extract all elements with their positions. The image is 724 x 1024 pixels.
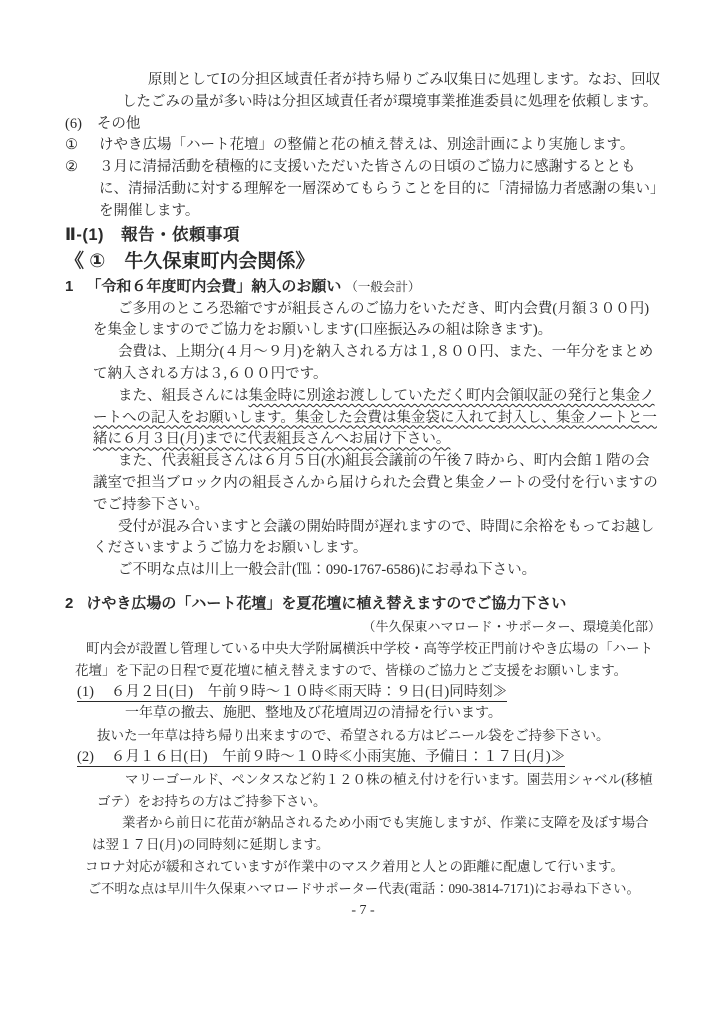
fee-intro-paragraph: ご多用のところ恐縮ですが組長さんのご協力をいただき、町内会費(月額３００円)を集… [93, 299, 661, 343]
covid-note: コロナ対応が緩和されていますが作業中のマスク着用と人との距離に配慮して行います。 [85, 856, 661, 878]
sub-item-1: ① けやき広場「ハート花壇」の整備と花の植え替えは、別途計画により実施します。 [65, 135, 661, 157]
sub-item-1-text: けやき広場「ハート花壇」の整備と花の植え替えは、別途計画により実施します。 [99, 135, 661, 157]
carryover-paragraph: 原則としてⅠの分担区域責任者が持ち帰りごみ収集日に処理します。なお、回収したごみ… [122, 70, 661, 114]
section-heading: Ⅱ-(1) 報告・依頼事項 [65, 223, 661, 248]
schedule-2-datetime: ６月１６日(日) 午前９時～１０時≪小雨実施、予備日：１７日(月)≫ [111, 749, 565, 765]
item-1-note: （一般会計） [345, 280, 420, 294]
collection-instructions-paragraph: また、組長さんには集金時に別途お渡ししていただく町内会領収証の発行と集金ノートへ… [93, 386, 661, 451]
list-item-6: (6)その他 [65, 114, 661, 136]
schedule-1-datetime: ６月２日(日) 午前９時～１０時≪雨天時：９日(日)同時刻≫ [111, 684, 507, 700]
schedule-2-label: (2) [77, 749, 94, 765]
replant-intro-paragraph: 町内会が設置し管理している中央大学附属横浜中学校・高等学校正門前けやき広場の「ハ… [75, 638, 661, 682]
document-content: 原則としてⅠの分担区域責任者が持ち帰りごみ収集日に処理します。なお、回収したごみ… [65, 70, 661, 921]
collection-instructions-prefix: また、組長さんには [118, 388, 249, 404]
circled-number-1: ① [65, 135, 99, 157]
sub-item-2-text: ３月に清掃活動を積極的に支援いただいた皆さんの日頃のご協力に感謝するとともに、清… [99, 157, 661, 222]
schedule-2-detail-paragraph-2: 業者から前日に花苗が納品されるため小雨でも実施しますが、作業に支障を及ぼす場合は… [92, 812, 661, 856]
fee-amounts-paragraph: 会費は、上期分(４月～９月)を納入される方は１,８００円、また、一年分をまとめて… [93, 342, 661, 386]
item-1-heading: 1「令和６年度町内会費」納入のお願い（一般会計） [65, 275, 661, 299]
item-2-title: けやき広場の「ハート花壇」を夏花壇に植え替えますのでご協力下さい [86, 595, 566, 612]
list-item-6-label: (6) [65, 114, 82, 136]
reception-paragraph: また、代表組長さんは６月５日(水)組長会議前の午後７時から、町内会館１階の会議室… [93, 451, 661, 516]
subsection-heading: 《 ① 牛久保東町内会関係》 [65, 248, 661, 275]
circled-number-2: ② [65, 157, 99, 222]
sub-item-2: ② ３月に清掃活動を積極的に支援いただいた皆さんの日頃のご協力に感謝するとともに… [65, 157, 661, 222]
schedule-2-heading: (2)６月１６日(日) 午前９時～１０時≪小雨実施、予備日：１７日(月)≫ [77, 747, 661, 769]
item-1-contact-paragraph: ご不明な点は川上一般会計(℡：090-1767-6586)にお尋ね下さい。 [93, 560, 661, 582]
page-number: - 7 - [65, 900, 661, 922]
item-2-heading: 2けやき広場の「ハート花壇」を夏花壇に植え替えますのでご協力下さい [65, 592, 661, 616]
item-1-number: 1 [65, 278, 73, 295]
schedule-1-detail-line-2: 抜いた一年草は持ち帰り出来ますので、希望される方はビニール袋をご持参下さい。 [97, 725, 661, 747]
schedule-1-label: (1) [77, 684, 94, 700]
schedule-1-heading: (1)６月２日(日) 午前９時～１０時≪雨天時：９日(日)同時刻≫ [77, 682, 661, 704]
item-2-contact-paragraph: ご不明な点は早川牛久保東ハマロードサポーター代表(電話：090-3814-717… [88, 878, 661, 900]
schedule-1-detail-line-1: 一年草の撤去、施肥、整地及び花壇周辺の清掃を行います。 [125, 703, 661, 725]
attribution-line: （牛久保東ハマロード・サポーター、環境美化部） [65, 616, 661, 638]
item-1-title: 「令和６年度町内会費」納入のお願い [86, 278, 341, 295]
congestion-paragraph: 受付が混み合いますと会議の開始時間が遅れますので、時間に余裕をもってお越しくださ… [93, 517, 661, 561]
item-2-number: 2 [65, 595, 73, 612]
document-page: 原則としてⅠの分担区域責任者が持ち帰りごみ収集日に処理します。なお、回収したごみ… [0, 0, 724, 1024]
list-item-6-title: その他 [97, 116, 141, 132]
schedule-2-detail-paragraph-1: マリーゴールド、ペンタスなど約１２０株の植え付けを行います。園芸用シャベル(移植… [97, 769, 661, 813]
